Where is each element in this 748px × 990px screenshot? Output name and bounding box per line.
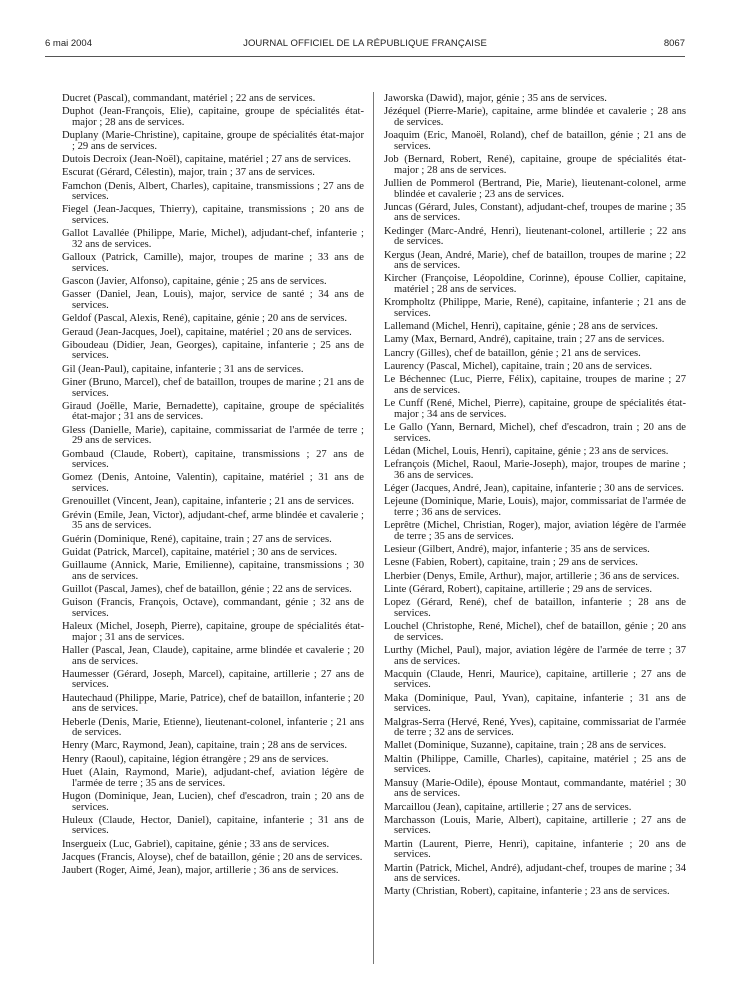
list-item: Dutois Decroix (Jean-Noël), capitaine, m… <box>62 155 364 166</box>
list-item: Gil (Jean-Paul), capitaine, infanterie ;… <box>62 365 364 376</box>
list-item: Guillot (Pascal, James), chef de bataill… <box>62 585 364 596</box>
list-item: Giner (Bruno, Marcel), chef de bataillon… <box>62 378 364 399</box>
list-item: Fiegel (Jean-Jacques, Thierry), capitain… <box>62 205 364 226</box>
list-item: Marcaillou (Jean), capitaine, artillerie… <box>384 803 686 814</box>
list-item: Famchon (Denis, Albert, Charles), capita… <box>62 182 364 203</box>
list-item: Gomez (Denis, Antoine, Valentin), capita… <box>62 473 364 494</box>
list-item: Guidat (Patrick, Marcel), capitaine, mat… <box>62 548 364 559</box>
list-item: Ducret (Pascal), commandant, matériel ; … <box>62 94 364 105</box>
list-item: Louchel (Christophe, René, Michel), chef… <box>384 622 686 643</box>
list-item: Geldof (Pascal, Alexis, René), capitaine… <box>62 314 364 325</box>
page-number: 8067 <box>664 38 685 49</box>
list-item: Insergueix (Luc, Gabriel), capitaine, gé… <box>62 840 364 851</box>
list-item: Gallot Lavallée (Philippe, Marie, Michel… <box>62 229 364 250</box>
list-item: Huet (Alain, Raymond, Marie), adjudant-c… <box>62 768 364 789</box>
list-item: Giraud (Joëlle, Marie, Bernadette), capi… <box>62 402 364 423</box>
list-item: Mallet (Dominique, Suzanne), capitaine, … <box>384 741 686 752</box>
list-item: Haller (Pascal, Jean, Claude), capitaine… <box>62 646 364 667</box>
list-item: Hugon (Dominique, Jean, Lucien), chef d'… <box>62 792 364 813</box>
list-item: Le Béchennec (Luc, Pierre, Félix), capit… <box>384 375 686 396</box>
list-item: Macquin (Claude, Henri, Maurice), capita… <box>384 670 686 691</box>
list-item: Hautechaud (Philippe, Marie, Patrice), c… <box>62 694 364 715</box>
list-item: Maka (Dominique, Paul, Yvan), capitaine,… <box>384 694 686 715</box>
list-item: Lesne (Fabien, Robert), capitaine, train… <box>384 558 686 569</box>
list-item: Duphot (Jean-François, Elie), capitaine,… <box>62 107 364 128</box>
list-item: Lédan (Michel, Louis, Henri), capitaine,… <box>384 447 686 458</box>
list-item: Heberle (Denis, Marie, Etienne), lieuten… <box>62 718 364 739</box>
list-item: Leprêtre (Michel, Christian, Roger), maj… <box>384 521 686 542</box>
list-item: Gless (Danielle, Marie), capitaine, comm… <box>62 426 364 447</box>
list-item: Mansuy (Marie-Odile), épouse Montaut, co… <box>384 779 686 800</box>
list-item: Juncas (Gérard, Jules, Constant), adjuda… <box>384 203 686 224</box>
list-item: Giboudeau (Didier, Jean, Georges), capit… <box>62 341 364 362</box>
list-item: Gascon (Javier, Alfonso), capitaine, gén… <box>62 277 364 288</box>
list-item: Galloux (Patrick, Camille), major, troup… <box>62 253 364 274</box>
list-item: Lurthy (Michel, Paul), major, aviation l… <box>384 646 686 667</box>
list-item: Jézéquel (Pierre-Marie), capitaine, arme… <box>384 107 686 128</box>
list-item: Grévin (Emile, Jean, Victor), adjudant-c… <box>62 511 364 532</box>
list-item: Le Gallo (Yann, Bernard, Michel), chef d… <box>384 423 686 444</box>
list-item: Jaubert (Roger, Aimé, Jean), major, arti… <box>62 866 364 877</box>
list-item: Jacques (Francis, Aloyse), chef de batai… <box>62 853 364 864</box>
list-item: Job (Bernard, Robert, René), capitaine, … <box>384 155 686 176</box>
list-item: Le Cunff (René, Michel, Pierre), capitai… <box>384 399 686 420</box>
list-item: Linte (Gérard, Robert), capitaine, artil… <box>384 585 686 596</box>
list-item: Jullien de Pommerol (Bertrand, Pie, Mari… <box>384 179 686 200</box>
list-item: Grenouillet (Vincent, Jean), capitaine, … <box>62 497 364 508</box>
list-item: Lejeune (Dominique, Marie, Louis), major… <box>384 497 686 518</box>
list-item: Joaquim (Eric, Manoël, Roland), chef de … <box>384 131 686 152</box>
list-item: Malgras-Serra (Hervé, René, Yves), capit… <box>384 718 686 739</box>
list-item: Jaworska (Dawid), major, génie ; 35 ans … <box>384 94 686 105</box>
page-header: 6 mai 2004 JOURNAL OFFICIEL DE LA RÉPUBL… <box>45 36 685 52</box>
left-column: Ducret (Pascal), commandant, matériel ; … <box>62 94 364 880</box>
list-item: Lancry (Gilles), chef de bataillon, géni… <box>384 349 686 360</box>
list-item: Lherbier (Denys, Emile, Arthur), major, … <box>384 572 686 583</box>
list-item: Marty (Christian, Robert), capitaine, in… <box>384 887 686 898</box>
right-column: Jaworska (Dawid), major, génie ; 35 ans … <box>384 94 686 901</box>
list-item: Escurat (Gérard, Célestin), major, train… <box>62 168 364 179</box>
list-item: Lallemand (Michel, Henri), capitaine, gé… <box>384 322 686 333</box>
list-item: Huleux (Claude, Hector, Daniel), capitai… <box>62 816 364 837</box>
list-item: Lopez (Gérard, René), chef de bataillon,… <box>384 598 686 619</box>
list-item: Laurency (Pascal, Michel), capitaine, tr… <box>384 362 686 373</box>
list-item: Guillaume (Annick, Marie, Emilienne), ca… <box>62 561 364 582</box>
list-item: Duplany (Marie-Christine), capitaine, gr… <box>62 131 364 152</box>
list-item: Henry (Marc, Raymond, Jean), capitaine, … <box>62 741 364 752</box>
list-item: Léger (Jacques, André, Jean), capitaine,… <box>384 484 686 495</box>
list-item: Kircher (Françoise, Léopoldine, Corinne)… <box>384 274 686 295</box>
column-divider <box>373 92 374 964</box>
list-item: Lamy (Max, Bernard, André), capitaine, t… <box>384 335 686 346</box>
list-item: Lefrançois (Michel, Raoul, Marie-Joseph)… <box>384 460 686 481</box>
list-item: Martin (Patrick, Michel, André), adjudan… <box>384 864 686 885</box>
list-item: Haleux (Michel, Joseph, Pierre), capitai… <box>62 622 364 643</box>
list-item: Martin (Laurent, Pierre, Henri), capitai… <box>384 840 686 861</box>
list-item: Krompholtz (Philippe, Marie, René), capi… <box>384 298 686 319</box>
list-item: Guison (Francis, François, Octave), comm… <box>62 598 364 619</box>
list-item: Geraud (Jean-Jacques, Joel), capitaine, … <box>62 328 364 339</box>
list-item: Kedinger (Marc-André, Henri), lieutenant… <box>384 227 686 248</box>
list-item: Kergus (Jean, André, Marie), chef de bat… <box>384 251 686 272</box>
list-item: Lesieur (Gilbert, André), major, infante… <box>384 545 686 556</box>
list-item: Gombaud (Claude, Robert), capitaine, tra… <box>62 450 364 471</box>
journal-title: JOURNAL OFFICIEL DE LA RÉPUBLIQUE FRANÇA… <box>45 38 685 49</box>
list-item: Haumesser (Gérard, Joseph, Marcel), capi… <box>62 670 364 691</box>
list-item: Henry (Raoul), capitaine, légion étrangè… <box>62 755 364 766</box>
list-item: Gasser (Daniel, Jean, Louis), major, ser… <box>62 290 364 311</box>
list-item: Guérin (Dominique, René), capitaine, tra… <box>62 535 364 546</box>
list-item: Marchasson (Louis, Marie, Albert), capit… <box>384 816 686 837</box>
header-rule <box>45 56 685 57</box>
list-item: Maltin (Philippe, Camille, Charles), cap… <box>384 755 686 776</box>
